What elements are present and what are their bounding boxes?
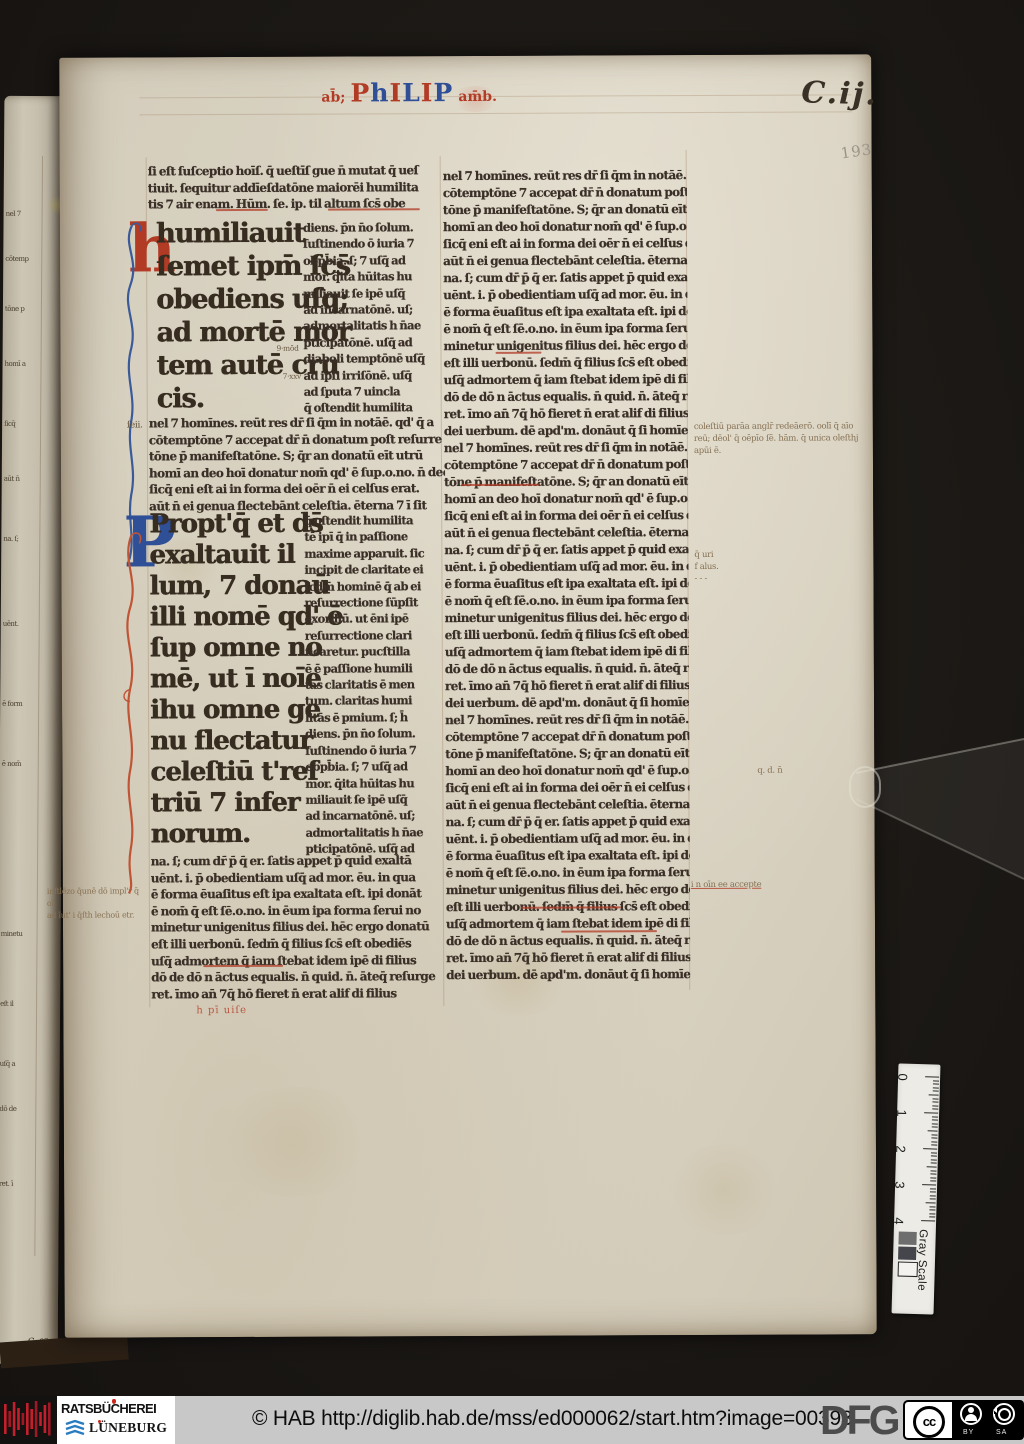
script-line: dō de dō n āctus equalis. n̄ quid. n̄. ā… <box>151 968 447 986</box>
script-line: ſi eſt ſuſceptio hoīſ. q̄ ueſtīſ gue n̄ … <box>148 162 442 180</box>
ruler-tick <box>932 1123 938 1124</box>
script-line: dei uerbum. dē apd'm. donāut q̄ ſi homīe <box>445 694 689 712</box>
left-column-bottom-lines: na. ſ; cum dr̄ p̄ q̄ er. ſatis appet p̄ … <box>151 852 448 1003</box>
running-header: ab̄; PhILIP am̄b. <box>321 78 497 108</box>
ruler-tick <box>932 1105 938 1106</box>
ruler-tick <box>931 1170 937 1171</box>
ruler-tick <box>930 1174 936 1175</box>
rubric-underline <box>328 208 420 210</box>
script-line: ſemet ipm̄ ſcs̄ <box>156 250 321 284</box>
running-header-letter: I <box>389 78 402 107</box>
script-line: diens. p̄n n̄o ſolum. <box>305 725 445 742</box>
script-line: uſq̄ admortem q̄ iam ſtebat idem ipē di … <box>151 952 447 970</box>
script-line: na. ſ; cum dr̄ p̄ q̄ er. ſatis appet p̄ … <box>151 852 447 870</box>
catchword-note-red: h pī uiſe <box>196 1005 247 1016</box>
prev-page-ink-fragment: uſq̄ a <box>0 1060 34 1068</box>
cc-license-badge-icons: BY SA <box>952 1400 1024 1440</box>
script-line: homī an deo hoī donatur nom̄ qd' ē ſup.o… <box>444 490 688 508</box>
ruler-tick <box>930 1206 936 1207</box>
ruler-tick <box>930 1192 936 1193</box>
script-line: ē forma ēuaſitus eſt ipa exaltata eſt. i… <box>446 847 690 865</box>
ruler-tick <box>929 1217 935 1218</box>
margin-note-right-1: coleſtiū parāa anglr̄ redeāerō. oolī q̄ … <box>694 420 858 457</box>
script-line: triū 7 infer <box>150 788 315 820</box>
gloss-column-2: q̄ oſtendit humilitatē ipī q̄ in paſſion… <box>304 512 446 857</box>
script-line: reſurrectione ſūpſit <box>305 594 445 611</box>
interlinear-mark-1: 9·mōd <box>276 343 298 355</box>
script-line: ret. īmo an̄ 7q̄ hō fieret n̄ erat alif … <box>444 405 688 423</box>
rubric-underline <box>203 965 283 967</box>
ruler-tick <box>933 1098 939 1099</box>
script-line: dō de dō n āctus equalis. n̄ quid. n̄. ā… <box>446 932 690 950</box>
ruler-tick <box>926 1202 936 1203</box>
script-line: q̄ oſtendit humilita <box>304 512 444 529</box>
script-line: aūt n̄ ei genua flectebānt celeſtia. ēte… <box>443 252 687 270</box>
running-header-letter: h <box>370 78 389 107</box>
script-line: exaltauit il <box>149 540 314 572</box>
prev-page-ink-fragment: homī a <box>5 360 39 368</box>
script-line: ficaretur. pucſtilla <box>305 643 445 660</box>
ruler-tick <box>923 1148 937 1149</box>
prev-page-ink-fragment: cōtemp <box>5 255 39 263</box>
script-line: cōtemptōne 7 accepat dr̄ n̄ donatum poſt… <box>149 431 445 449</box>
ruler-tick <box>932 1127 938 1128</box>
waves-icon <box>65 1420 85 1436</box>
script-line: homī an deo hoī donatur nom̄ qd' ē ſup.o… <box>149 464 445 482</box>
gray-scale-ruler: 01234 Gray Scale <box>892 1063 941 1314</box>
script-line: ſicq̄ eni eſt ai in forma dei oēr n̄ ei … <box>444 507 688 525</box>
script-line: tiuit. ſequitur addīeſdatōne maiorēi hum… <box>148 179 442 197</box>
script-line: ſuſtinendo ō iuria 7 <box>303 236 443 253</box>
gloss-column-1: diens. p̄n n̄o ſolum.ſuſtinendo ō iuria … <box>303 219 444 416</box>
prev-page-ink-fragment: eſt il <box>0 1000 34 1008</box>
script-line: eſt illi uerbonū. ſedm̄ q̄ filius ſcs̄ e… <box>445 626 689 644</box>
ruler-tick <box>932 1120 938 1121</box>
cc-sa-label: SA <box>996 1429 1007 1436</box>
ruler-tick <box>929 1210 935 1211</box>
prev-page-ink-fragment: ret. ī <box>0 1180 33 1188</box>
ruler-number: 4 <box>891 1217 906 1225</box>
ruler-tick <box>930 1199 936 1200</box>
folio-number-pencil: 193 <box>839 140 873 162</box>
script-line: lum, 7 donaū <box>149 571 314 603</box>
script-line: minetur unigenitus filius dei. hēc ergo … <box>446 881 690 899</box>
script-line: uſq̄ admortem q̄ iam ſtebat idem ipē di … <box>444 371 688 389</box>
script-line: na. ſ; cum dr̄ p̄ q̄ er. ſatis appet p̄ … <box>446 813 690 831</box>
right-text-column: nel 7 homīnes. reūt res dr̄ ſi q̄m in no… <box>443 167 691 984</box>
script-line: minetur unigenitus filius dei. hēc ergo … <box>151 918 447 936</box>
running-header-prefix: ab̄; <box>321 90 345 106</box>
left-column-mid-lines: nel 7 homīnes. reūt res dr̄ ſi q̄m in no… <box>149 414 445 515</box>
script-line: cōtemptōne 7 accepat dr̄ n̄ donatum poſt… <box>443 184 687 202</box>
script-line: Propt'q̄ et ds̄ <box>149 509 314 541</box>
ruler-tick <box>933 1084 939 1085</box>
script-line: minetur unigenitus filius dei. hēc ergo … <box>445 609 689 627</box>
script-line: tōne p̄ manifeſtatōne. S; q̄r an donatū … <box>149 447 445 465</box>
script-line: aūt n̄ ei genua flectebānt celeſtia. ēte… <box>444 524 688 542</box>
script-line: obediens uſq; <box>156 283 321 317</box>
rubric-underline <box>495 352 541 354</box>
script-line: celeſtiū t'reſ <box>150 757 315 789</box>
script-line: aūt n̄ ei genua flectebānt celeſtia. ēte… <box>445 796 689 814</box>
script-line: illi nomē qd' ē <box>150 602 315 634</box>
ruler-tick <box>929 1213 935 1214</box>
script-line: tōne p̄ manifeſtatōne. S; q̄r an donatū … <box>445 745 689 763</box>
ruler-number: 2 <box>893 1145 908 1153</box>
ruler-tick <box>931 1141 937 1142</box>
margin-note-right-2: q̄ uri f alus. - - - <box>694 549 718 585</box>
footer-bar: RATSBÜCHEREI LÜNEBURG © HAB http://digli… <box>0 1396 1024 1444</box>
library-city: LÜNEBURG <box>89 1420 167 1436</box>
script-line: norum. <box>151 819 316 851</box>
cc-by-label: BY <box>963 1429 974 1436</box>
prev-page-ink-fragment: dō de <box>0 1105 33 1113</box>
script-line: tum. claritas humi <box>305 693 445 710</box>
script-line: dō de dō n āctus equalis. n̄ quid. n̄. ā… <box>444 388 688 406</box>
script-line: ē ē paſſione humili <box>305 660 445 677</box>
script-line: admortalitatis h n̄ae <box>306 824 446 841</box>
prev-page-ink-fragment: tōne p <box>5 305 39 313</box>
script-line: ad ipſi irriſōnē. uſq̄ <box>304 367 444 384</box>
cc-sa-icon <box>993 1403 1015 1425</box>
script-line: dei uerbum. dē apd'm. donāut q̄ ſi homīe <box>444 422 688 440</box>
script-line: na. ſ; cum dr̄ p̄ q̄ er. ſatis appet p̄ … <box>443 269 687 287</box>
script-line: uſq̄ admortem q̄ iam ſtebat idem ipē di … <box>445 643 689 661</box>
script-line: ē nom̄ q̄ eſt ſē.o.no. in ēum ipa forma … <box>446 864 690 882</box>
initial-P-filigree <box>115 525 145 895</box>
script-line: uēnt. i. p̄ obedientiam uſq̄ ad mor. ēu.… <box>444 558 688 576</box>
script-line: obpb̄ia. ſ; 7 uſq̄ ad <box>305 758 445 775</box>
ruler-tick <box>931 1152 937 1153</box>
ruler-tick <box>930 1195 936 1196</box>
ruler-tick <box>928 1130 938 1131</box>
ruler-tick <box>931 1145 937 1146</box>
running-header-letter: P <box>433 78 453 107</box>
script-line: nel 7 homīnes. reūt res dr̄ ſi q̄m in no… <box>445 711 689 729</box>
script-line: reſurrectione clari <box>305 627 445 644</box>
script-line: litās ē pmium. ſ; h̄ <box>305 709 445 726</box>
script-line: minetur unigenitus filius dei. hēc ergo … <box>443 337 687 355</box>
script-line: nel 7 homīnes. reūt res dr̄ ſi q̄m in no… <box>443 167 687 185</box>
script-line: ad incarnatōnē. uſ; <box>303 301 443 318</box>
gray-patch <box>898 1247 916 1260</box>
script-line: ē nom̄ q̄ eſt ſē.o.no. in ēum ipa forma … <box>443 320 687 338</box>
script-line: ret. īmo an̄ 7q̄ hō fieret n̄ erat alif … <box>445 677 689 695</box>
script-line: uēnt. i. p̄ obedientiam uſq̄ ad mor. ēu.… <box>443 286 687 304</box>
script-line: uēnt. i. p̄ obedientiam uſq̄ ad mor. ēu.… <box>151 869 447 887</box>
script-line: homī an deo hoī donatur nom̄ qd' ē ſup.o… <box>445 762 689 780</box>
library-name: RATSBÜCHEREI <box>61 1401 156 1416</box>
ruler-tick <box>933 1087 939 1088</box>
chapter-mark: C.ij. <box>801 75 879 112</box>
ruler-tick <box>933 1091 939 1092</box>
script-line: ē nom̄ q̄ eſt ſē.o.no. in ēum ipa forma … <box>151 902 447 920</box>
script-line: tōne p̄ manifeſtatōne. S; q̄r an donatū … <box>443 201 687 219</box>
script-line: miliauit ſe ipē uſq̄ <box>305 791 445 808</box>
script-line: dō de dō n āctus equalis. n̄ quid. n̄. ā… <box>445 660 689 678</box>
script-line: ſup omne no <box>150 633 315 665</box>
library-barcode-logo-box <box>0 1396 57 1444</box>
ruler-tick <box>930 1188 936 1189</box>
umlaut-accent <box>98 1420 101 1423</box>
gray-patch <box>898 1232 916 1245</box>
dfg-logo: DFG <box>820 1397 898 1444</box>
margin-note-right-4: i n oīn ee accepte <box>691 879 762 891</box>
cc-license-badge: cc <box>903 1400 952 1440</box>
umlaut-accent <box>112 1399 116 1404</box>
ruler-tick <box>931 1138 937 1139</box>
script-line: diaboli temptōnē uſq̄ <box>303 350 443 367</box>
script-line: admortalitatis h n̄ae <box>303 318 443 335</box>
prev-page-ink-fragment: ſicq̄ <box>4 420 38 428</box>
script-line: cōtemptōne 7 accepat dr̄ n̄ donatum poſt… <box>444 456 688 474</box>
red-bars-icon <box>4 1398 54 1442</box>
script-line: mor. q̄ita hūitas hu <box>303 268 443 285</box>
script-line: mor. q̄ita hūitas hu <box>305 775 445 792</box>
script-line: ſuſtinendo ō iuria 7 <box>305 742 445 759</box>
script-line: homī an deo hoī donatur nom̄ qd' ē ſup.o… <box>443 218 687 236</box>
script-line: ſicq̄ eni eſt ai in forma dei oēr n̄ ei … <box>149 480 445 498</box>
ruler-tick <box>932 1134 938 1135</box>
script-line: ret. īmo an̄ 7q̄ hō fieret n̄ erat alif … <box>151 985 447 1003</box>
running-header-title: PhILIP <box>350 86 453 105</box>
rubric-underline <box>521 906 621 908</box>
script-line: eſt illi uerbonū. ſedm̄ q̄ filius ſcs̄ e… <box>444 354 688 372</box>
script-line: ad ſputa 7 uincla <box>304 383 444 400</box>
script-line: humiliauit <box>156 217 321 251</box>
prev-page-ink-fragment: nel 7 <box>6 210 40 218</box>
ruler-tick <box>931 1163 937 1164</box>
ruler-tick <box>933 1080 939 1081</box>
ruler-tick <box>927 1166 937 1167</box>
rubric-underline <box>216 209 268 211</box>
script-line: tē ipī q̄ in paſſione <box>304 529 444 546</box>
running-header-letter: L <box>402 78 421 107</box>
ruler-tick <box>925 1076 939 1077</box>
ruler-tick <box>924 1112 938 1113</box>
script-line: ē forma ēuaſitus eſt ipa exaltata eſt. i… <box>151 885 447 903</box>
script-line: pticipatōnē. uſq̄ ad <box>303 334 443 351</box>
margin-note-right-3: q. d. n̄ <box>757 765 782 777</box>
script-line: na. ſ; cum dr̄ p̄ q̄ er. ſatis appet p̄ … <box>444 541 688 559</box>
script-line: ret. īmo an̄ 7q̄ hō fieret n̄ erat alif … <box>446 949 690 967</box>
script-line: tas claritatis ē men <box>305 676 445 693</box>
ruler-tick <box>922 1184 936 1185</box>
script-line: tōne p̄ manifeſtatōne. S; q̄r an donatū … <box>444 473 688 491</box>
ruler-label: Gray Scale <box>915 1229 929 1291</box>
running-header-suffix: am̄b. <box>458 89 497 105</box>
script-line: incipit de claritate ei <box>304 561 444 578</box>
ruler-tick <box>921 1220 935 1221</box>
prev-page-ink-fragment: ē nom̄ <box>2 760 36 768</box>
script-line: ſcdm̄ hominē q̄ ab ei <box>304 578 444 595</box>
ruler-tick <box>931 1159 937 1160</box>
ruler-ticks <box>898 1063 940 1064</box>
script-line: dei uerbum. dē apd'm. donāut q̄ ſi homīe <box>446 966 690 984</box>
prev-page-ink-fragment: minetu <box>1 930 35 938</box>
prev-page-ink-fragment: ē form <box>2 700 36 708</box>
ruler-number: 1 <box>894 1109 909 1117</box>
ruler-tick <box>931 1156 937 1157</box>
lemma-propter-quod: Propt'q̄ et ds̄exaltauit illum, 7 donaū… <box>149 509 315 851</box>
rubric-underline <box>461 484 539 486</box>
copyright-credit: © HAB http://diglib.hab.de/mss/ed000062/… <box>252 1407 852 1431</box>
script-line: exordiū. ut ēni ipē <box>305 611 445 628</box>
rubric-underline <box>561 930 657 932</box>
plastic-page-holder <box>848 733 1024 883</box>
script-line: ē forma ēuaſitus eſt ipa exaltata eſt. i… <box>444 575 688 593</box>
ruler-tick <box>932 1102 938 1103</box>
script-line: uēnt. i. p̄ obedientiam uſq̄ ad mor. ēu.… <box>446 830 690 848</box>
interlinear-mark-2: 7·xxv <box>283 371 301 383</box>
script-line: miliauit ſe ipē uſq̄ <box>303 285 443 302</box>
library-logo-box: RATSBÜCHEREI LÜNEBURG <box>57 1396 175 1444</box>
ruler-tick <box>932 1109 938 1110</box>
previous-folio-edge: nel 7 cōtemptōne phomī aſicq̄ aūt n̄na. … <box>0 96 66 1364</box>
script-line: ihu omne ge <box>150 695 315 727</box>
script-line: ē nom̄ q̄ eſt ſē.o.no. in ēum ipa forma … <box>445 592 689 610</box>
script-line: mē, ut ī noīe <box>150 664 315 696</box>
parchment-stain <box>664 1145 784 1236</box>
lemma-humiliavit: humiliauitſemet ipm̄ ſcs̄obediens uſq;ad… <box>156 217 322 416</box>
script-line: nel 7 homīnes. reūt res dr̄ ſi q̄m in no… <box>149 414 445 432</box>
ruler-gray-patches <box>898 1063 940 1064</box>
prev-page-ink-fragment: na. ſ; <box>3 535 37 543</box>
script-line: nu flectatur <box>150 726 315 758</box>
margin-note-seii: ſeii. <box>127 419 143 431</box>
script-line: cis. <box>157 382 322 416</box>
script-line: diens. p̄n n̄o ſolum. <box>303 219 443 236</box>
cc-by-icon <box>960 1403 982 1425</box>
script-line: maxime apparuit. ſic <box>304 545 444 562</box>
script-line: obpb̄ia. ſ; 7 uſq̄ ad <box>303 252 443 269</box>
script-line: eſt illi uerbonū. ſedm̄ q̄ filius ſcs̄ e… <box>151 935 447 953</box>
prev-page-ink-fragment: aūt n̄ <box>4 475 38 483</box>
parchment-stain <box>214 1086 374 1197</box>
script-line: ſicq̄ eni eſt ai in forma dei oēr n̄ ei … <box>445 779 689 797</box>
script-line: ad incarnatōnē. uſ; <box>305 807 445 824</box>
ruler-tick <box>932 1116 938 1117</box>
prev-page-ink-fragment: uēnt. <box>3 620 37 628</box>
ruler-number: 0 <box>895 1073 910 1081</box>
ruler-tick <box>929 1094 939 1095</box>
header-ruling-line <box>139 111 851 115</box>
left-column-intro-lines: ſi eſt ſuſceptio hoīſ. q̄ ueſtīſ gue n̄ … <box>148 162 442 213</box>
running-header-letter: I <box>421 78 434 107</box>
script-line: ſicq̄ eni eſt ai in forma dei oēr n̄ ei … <box>443 235 687 253</box>
script-line: nel 7 homīnes. reūt res dr̄ ſi q̄m in no… <box>444 439 688 457</box>
cc-icon: cc <box>913 1406 945 1438</box>
margin-note-left: inſtlēzo q̄unē dō impl'r q̄ oī ad īut' i… <box>47 885 147 921</box>
script-line: ē forma ēuaſitus eſt ipa exaltata eſt. i… <box>443 303 687 321</box>
ruler-tick <box>930 1181 936 1182</box>
manuscript-page: ab̄; PhILIP am̄b. C.ij. 193 h P ſi eſt ſ… <box>59 54 877 1338</box>
ruler-number: 3 <box>892 1181 907 1189</box>
script-line: cōtemptōne 7 accepat dr̄ n̄ donatum poſt… <box>445 728 689 746</box>
ruler-tick <box>930 1177 936 1178</box>
ruler-numbers: 01234 <box>898 1063 940 1064</box>
running-header-letter: P <box>350 78 370 107</box>
